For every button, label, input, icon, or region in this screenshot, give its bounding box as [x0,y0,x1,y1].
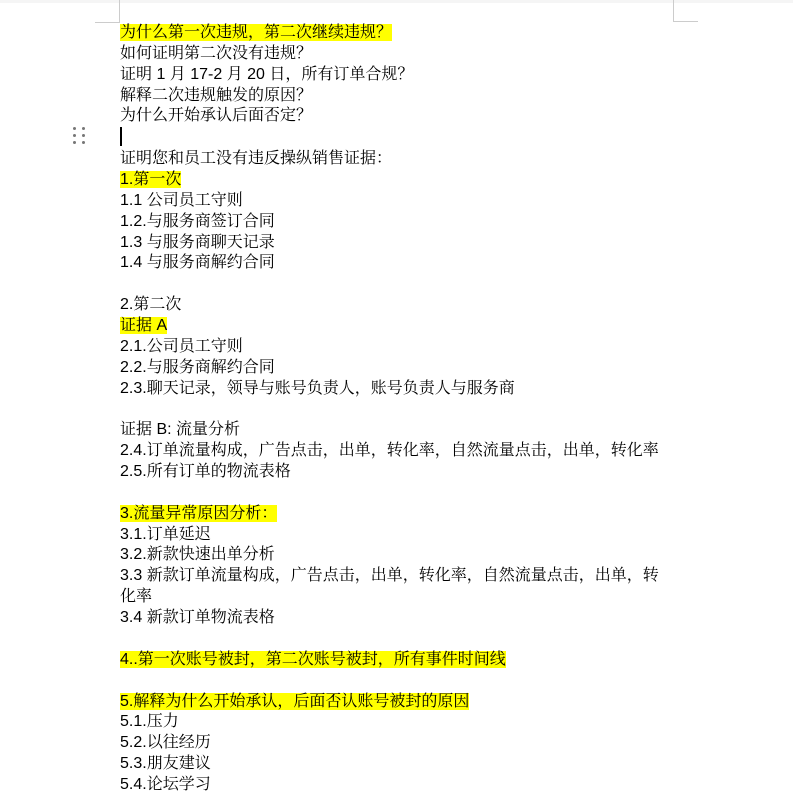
text-line[interactable]: 1.第一次 [120,170,673,191]
text-run: 5.1.压力 [120,713,179,730]
text-run: 2.第二次 [120,296,181,313]
text-line[interactable]: 2.第二次 [120,295,673,316]
text-line[interactable]: 5.解释为什么开始承认，后面否认账号被封的原因 [120,692,673,713]
text-run: 3.1.订单延迟 [120,526,211,543]
text-run: 3.4 新款订单物流表格 [120,609,275,626]
highlighted-text: 1.第一次 [120,171,181,188]
highlighted-text: 证据 A [120,317,167,334]
text-line[interactable]: 3.4 新款订单物流表格 [120,608,673,629]
empty-line[interactable] [120,483,673,504]
paragraph-drag-handle-icon[interactable] [73,127,85,144]
text-line[interactable]: 1.2.与服务商签订合同 [120,212,673,233]
text-area[interactable]: 为什么第一次违规，第二次继续违规？如何证明第二次没有违规？证明 1 月 17-2… [120,23,673,796]
text-run: 2.1.公司员工守则 [120,338,243,355]
text-line[interactable]: 解释二次违规触发的原因？ [120,86,673,107]
empty-line[interactable] [120,399,673,420]
text-line[interactable]: 5.3.朋友建议 [120,754,673,775]
empty-line[interactable] [120,127,673,149]
text-run: 证明您和员工没有违反操纵销售证据： [120,150,392,167]
empty-line[interactable] [120,629,673,650]
crop-mark-top-right-icon [673,0,698,22]
text-line[interactable]: 4..第一次账号被封，第二次账号被封，所有事件时间线 [120,650,673,671]
text-line[interactable]: 证据 B: 流量分析 [120,420,673,441]
text-line[interactable]: 5.4.论坛学习 [120,775,673,796]
text-run: 1.2.与服务商签订合同 [120,213,275,230]
text-line[interactable]: 证据 A [120,316,673,337]
crop-mark-top-left-icon [95,0,120,23]
text-line[interactable]: 2.1.公司员工守则 [120,337,673,358]
highlighted-text: 4..第一次账号被封，第二次账号被封，所有事件时间线 [120,651,506,668]
text-run: 解释二次违规触发的原因？ [120,87,312,104]
text-cursor [120,127,122,146]
text-line[interactable]: 1.3 与服务商聊天记录 [120,233,673,254]
text-run: 5.2.以往经历 [120,734,211,751]
highlighted-text: 5.解释为什么开始承认，后面否认账号被封的原因 [120,693,469,710]
text-line[interactable]: 5.2.以往经历 [120,733,673,754]
empty-line[interactable] [120,671,673,692]
highlighted-text: 3.流量异常原因分析： [120,505,277,522]
text-run: 3.2.新款快速出单分析 [120,546,275,563]
text-line[interactable]: 2.3.聊天记录，领导与账号负责人，账号负责人与服务商 [120,379,673,400]
text-run: 5.4.论坛学习 [120,776,211,793]
text-line[interactable]: 5.1.压力 [120,712,673,733]
text-line[interactable]: 2.5.所有订单的物流表格 [120,462,673,483]
text-run: 2.5.所有订单的物流表格 [120,463,291,480]
text-run: 3.3 新款订单流量构成，广告点击，出单，转化率，自然流量点击，出单，转化率 [120,567,659,605]
text-line[interactable]: 2.2.与服务商解约合同 [120,358,673,379]
text-line[interactable]: 2.4.订单流量构成，广告点击，出单，转化率，自然流量点击，出单，转化率 [120,441,673,462]
text-run: 2.2.与服务商解约合同 [120,359,275,376]
text-run: 证明 1 月 17-2 月 20 日，所有订单合规？ [120,66,413,83]
text-line[interactable]: 为什么第一次违规，第二次继续违规？ [120,23,673,44]
highlighted-text: 为什么第一次违规，第二次继续违规？ [120,24,392,41]
empty-line[interactable] [120,274,673,295]
text-run: 1.3 与服务商聊天记录 [120,234,275,251]
text-run: 如何证明第二次没有违规？ [120,45,312,62]
document-viewport: 为什么第一次违规，第二次继续违规？如何证明第二次没有违规？证明 1 月 17-2… [0,0,793,798]
text-line[interactable]: 3.2.新款快速出单分析 [120,545,673,566]
text-line[interactable]: 3.1.订单延迟 [120,525,673,546]
text-run: 2.4.订单流量构成，广告点击，出单，转化率，自然流量点击，出单，转化率 [120,442,659,459]
text-line[interactable]: 1.4 与服务商解约合同 [120,253,673,274]
text-run: 5.3.朋友建议 [120,755,211,772]
text-line[interactable]: 3.3 新款订单流量构成，广告点击，出单，转化率，自然流量点击，出单，转化率 [120,566,673,608]
text-run: 证据 B: 流量分析 [120,421,240,438]
text-line[interactable]: 1.1 公司员工守则 [120,191,673,212]
text-run: 1.4 与服务商解约合同 [120,254,275,271]
text-line[interactable]: 证明 1 月 17-2 月 20 日，所有订单合规？ [120,65,673,86]
text-line[interactable]: 如何证明第二次没有违规？ [120,44,673,65]
text-run: 2.3.聊天记录，领导与账号负责人，账号负责人与服务商 [120,380,515,397]
text-line[interactable]: 为什么开始承认后面否定？ [120,106,673,127]
text-line[interactable]: 证明您和员工没有违反操纵销售证据： [120,149,673,170]
text-line[interactable]: 3.流量异常原因分析： [120,504,673,525]
text-run: 1.1 公司员工守则 [120,192,243,209]
text-run: 为什么开始承认后面否定？ [120,107,312,124]
